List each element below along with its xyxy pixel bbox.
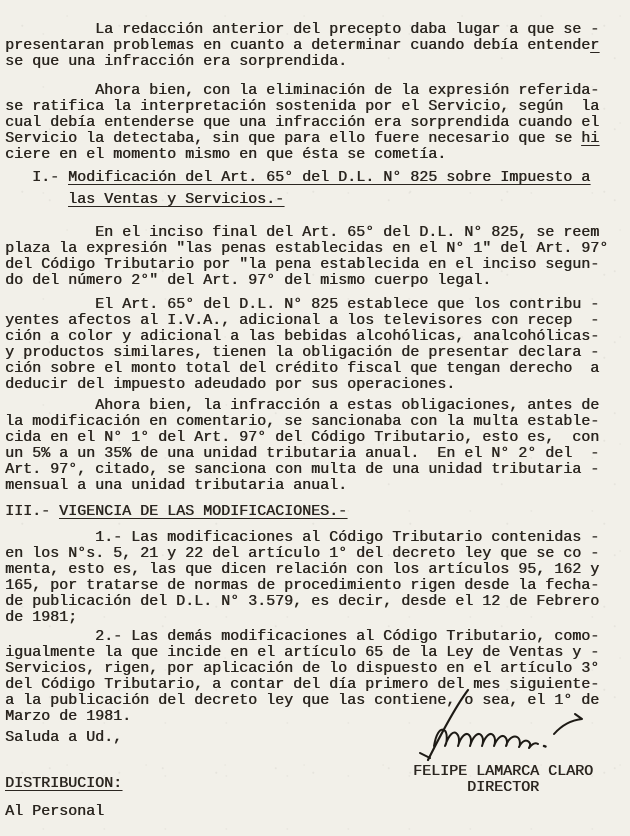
text-line: la modificación en comentario, se sancio… — [5, 414, 625, 430]
text-line: do del número 2°" del Art. 97° del mismo… — [5, 273, 625, 289]
text-line: de publicación del D.L. N° 3.579, es dec… — [5, 594, 625, 610]
text-line: yentes afectos al I.V.A., adicional a lo… — [5, 313, 625, 329]
text-line: se ratifica la interpretación sostenida … — [5, 99, 625, 115]
text-line: 165, por tratarse de normas de procedimi… — [5, 578, 625, 594]
document-page: La redacción anterior del precepto daba … — [0, 0, 630, 836]
paragraph: En el inciso final del Art. 65° del D.L.… — [5, 225, 625, 289]
distribution-label: DISTRIBUCION: — [5, 776, 122, 792]
text-line: ciere en el momento mismo en que ésta se… — [5, 147, 625, 163]
text-line: de 1981; — [5, 610, 625, 626]
paragraph: Ahora bien, la infracción a estas obliga… — [5, 398, 625, 494]
text-line: Servicio la detectaba, sin que para ello… — [5, 131, 625, 147]
paragraph: El Art. 65° del D.L. N° 825 establece qu… — [5, 297, 625, 393]
paragraph: 1.- Las modificaciones al Código Tributa… — [5, 530, 625, 626]
distribution-items: Al Personal — [5, 804, 122, 820]
text-line: las Ventas y Servicios.- — [5, 189, 625, 211]
paragraph: Ahora bien, con la eliminación de la exp… — [5, 83, 625, 163]
text-line: deducir del impuesto adeudado por sus op… — [5, 377, 625, 393]
text-line: ción sobre el monto total del crédito fi… — [5, 361, 625, 377]
text-line: Servicios, rigen, por aplicación de lo d… — [5, 661, 625, 677]
text-line: La redacción anterior del precepto daba … — [5, 22, 625, 38]
section-heading: III.- VIGENCIA DE LAS MODIFICACIONES.- — [5, 501, 625, 523]
text-line: se que una infracción era sorprendida. — [5, 54, 625, 70]
text-line: en los N°s. 5, 21 y 22 del artículo 1° d… — [5, 546, 625, 562]
text-line: I.- Modificación del Art. 65° del D.L. N… — [5, 167, 625, 189]
signature-scribble — [408, 684, 598, 762]
text-line: 1.- Las modificaciones al Código Tributa… — [5, 530, 625, 546]
text-line: Ahora bien, con la eliminación de la exp… — [5, 83, 625, 99]
distribution-section: DISTRIBUCION: Al Personal — [5, 776, 122, 820]
text-line: mensual a una unidad tributaria anual. — [5, 478, 625, 494]
text-line: un 5% a un 35% de una unidad tributaria … — [5, 446, 625, 462]
text-line: III.- VIGENCIA DE LAS MODIFICACIONES.- — [5, 501, 625, 523]
text-line: 2.- Las demás modificaciones al Código T… — [5, 629, 625, 645]
document-body: La redacción anterior del precepto daba … — [5, 22, 625, 725]
signature-block: FELIPE LAMARCA CLARO DIRECTOR — [403, 684, 603, 796]
text-line: menta, esto es, las que dicen relación c… — [5, 562, 625, 578]
paragraph: La redacción anterior del precepto daba … — [5, 22, 625, 70]
text-line: y productos similares, tienen la obligac… — [5, 345, 625, 361]
text-line: El Art. 65° del D.L. N° 825 establece qu… — [5, 297, 625, 313]
signatory-title: DIRECTOR — [403, 780, 603, 796]
text-line: Art. 97°, citado, se sanciona con multa … — [5, 462, 625, 478]
text-line: ción a color y adicional a las bebidas a… — [5, 329, 625, 345]
text-line: presentaran problemas en cuanto a determ… — [5, 38, 625, 54]
text-line: En el inciso final del Art. 65° del D.L.… — [5, 225, 625, 241]
text-line: cida en el N° 1° del Art. 97° del Código… — [5, 430, 625, 446]
text-line: cual debía entenderse que una infracción… — [5, 115, 625, 131]
text-line: plaza la expresión "las penas establecid… — [5, 241, 625, 257]
text-line: igualmente la que incide en el artículo … — [5, 645, 625, 661]
text-line: del Código Tributario por "la pena estab… — [5, 257, 625, 273]
section-heading: I.- Modificación del Art. 65° del D.L. N… — [5, 167, 625, 211]
signatory-name: FELIPE LAMARCA CLARO — [403, 764, 603, 780]
text-line: Ahora bien, la infracción a estas obliga… — [5, 398, 625, 414]
distribution-item: Al Personal — [5, 804, 122, 820]
